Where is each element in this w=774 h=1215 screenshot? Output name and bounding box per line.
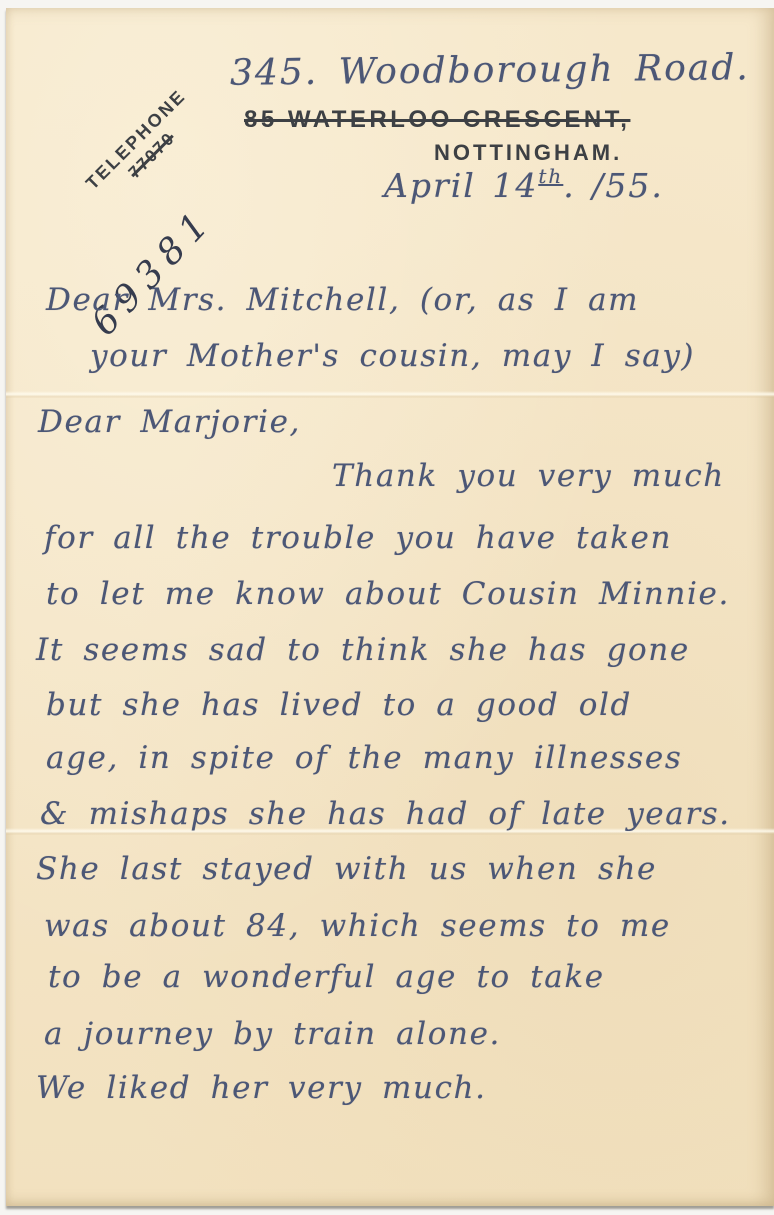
letter-line: a journey by train alone. xyxy=(44,1016,501,1052)
city-name: NOTTINGHAM. xyxy=(434,140,622,166)
letter-line: & mishaps she has had of late years. xyxy=(40,796,731,832)
letter-line: Dear Marjorie, xyxy=(38,404,301,440)
scanned-letter: TELEPHONE 77070 69381 345. Woodborough R… xyxy=(0,0,774,1215)
struck-printed-address: 85 WATERLOO CRESCENT, xyxy=(244,106,630,134)
letter-line: but she has lived to a good old xyxy=(46,687,632,723)
letter-line: Thank you very much xyxy=(332,458,725,494)
letter-line: We liked her very much. xyxy=(36,1070,487,1106)
date-ordinal: th xyxy=(538,164,563,188)
letter-line: It seems sad to think she has gone xyxy=(36,632,690,668)
letter-line: She last stayed with us when she xyxy=(36,851,657,887)
letter-line: your Mother's cousin, may I say) xyxy=(90,338,695,374)
letter-line: was about 84, which seems to me xyxy=(44,908,671,944)
handwritten-address: 345. Woodborough Road. xyxy=(230,47,750,93)
letter-line: to be a wonderful age to take xyxy=(48,959,605,995)
date-year: . /55. xyxy=(563,166,664,205)
letter-line: to let me know about Cousin Minnie. xyxy=(46,576,730,612)
fold-crease-top xyxy=(6,391,774,398)
paper: TELEPHONE 77070 69381 345. Woodborough R… xyxy=(6,8,774,1206)
letter-date: April 14th. /55. xyxy=(384,164,664,205)
telephone-label: TELEPHONE xyxy=(72,76,200,204)
letter-line: for all the trouble you have taken xyxy=(44,520,672,556)
letter-line: age, in spite of the many illnesses xyxy=(46,740,682,776)
date-day: April 14 xyxy=(384,166,538,205)
letter-line: Dear Mrs. Mitchell, (or, as I am xyxy=(46,282,639,318)
